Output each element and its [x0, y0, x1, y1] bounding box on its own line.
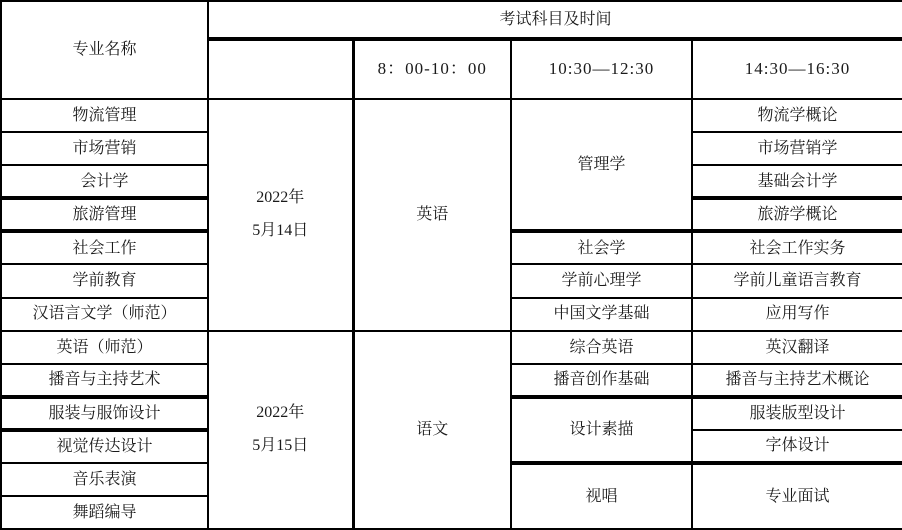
major-cell: 英语（师范）	[1, 331, 208, 364]
major-cell: 市场营销	[1, 132, 208, 165]
time-slot-1-header: 8：00-10：00	[353, 39, 511, 99]
table-row: 物流管理 2022年 5月14日 英语 管理学 物流学概论	[1, 99, 902, 132]
table-row: 英语（师范） 2022年 5月15日 语文 综合英语 英汉翻译	[1, 331, 902, 364]
midday-subject-cell: 视唱	[511, 463, 692, 529]
date-day: 5月15日	[209, 437, 352, 455]
exam-date-cell-day2: 2022年 5月15日	[208, 331, 353, 529]
date-year: 2022年	[209, 404, 352, 422]
major-cell: 汉语言文学（师范）	[1, 298, 208, 331]
major-cell: 社会工作	[1, 231, 208, 264]
midday-subject-cell: 管理学	[511, 99, 692, 231]
date-year: 2022年	[209, 189, 352, 207]
time-slot-2-header: 10:30—12:30	[511, 39, 692, 99]
morning-subject-cell: 英语	[353, 99, 511, 330]
afternoon-subject-cell: 应用写作	[692, 298, 902, 331]
major-cell: 视觉传达设计	[1, 430, 208, 463]
major-cell: 播音与主持艺术	[1, 364, 208, 397]
afternoon-subject-cell: 专业面试	[692, 463, 902, 529]
midday-subject-cell: 设计素描	[511, 397, 692, 463]
empty-header-cell	[208, 39, 353, 99]
midday-subject-cell: 播音创作基础	[511, 364, 692, 397]
major-column-header: 专业名称	[1, 1, 208, 99]
afternoon-subject-cell: 播音与主持艺术概论	[692, 364, 902, 397]
header-row-1: 专业名称 考试科目及时间	[1, 1, 902, 39]
afternoon-subject-cell: 英汉翻译	[692, 331, 902, 364]
afternoon-subject-cell: 基础会计学	[692, 165, 902, 198]
major-cell: 会计学	[1, 165, 208, 198]
midday-subject-cell: 社会学	[511, 231, 692, 264]
major-cell: 音乐表演	[1, 463, 208, 496]
afternoon-subject-cell: 旅游学概论	[692, 198, 902, 231]
afternoon-subject-cell: 市场营销学	[692, 132, 902, 165]
midday-subject-cell: 中国文学基础	[511, 298, 692, 331]
afternoon-subject-cell: 学前儿童语言教育	[692, 264, 902, 297]
major-cell: 服装与服饰设计	[1, 397, 208, 430]
exam-date-cell-day1: 2022年 5月14日	[208, 99, 353, 330]
major-cell: 学前教育	[1, 264, 208, 297]
exam-schedule-table: 专业名称 考试科目及时间 8：00-10：00 10:30—12:30 14:3…	[0, 0, 902, 530]
afternoon-subject-cell: 服装版型设计	[692, 397, 902, 430]
midday-subject-cell: 综合英语	[511, 331, 692, 364]
afternoon-subject-cell: 社会工作实务	[692, 231, 902, 264]
major-cell: 旅游管理	[1, 198, 208, 231]
midday-subject-cell: 学前心理学	[511, 264, 692, 297]
exam-subjects-time-header: 考试科目及时间	[208, 1, 902, 39]
major-cell: 物流管理	[1, 99, 208, 132]
time-slot-3-header: 14:30—16:30	[692, 39, 902, 99]
morning-subject-cell: 语文	[353, 331, 511, 529]
date-day: 5月14日	[209, 222, 352, 240]
afternoon-subject-cell: 字体设计	[692, 430, 902, 463]
afternoon-subject-cell: 物流学概论	[692, 99, 902, 132]
major-cell: 舞蹈编导	[1, 496, 208, 529]
